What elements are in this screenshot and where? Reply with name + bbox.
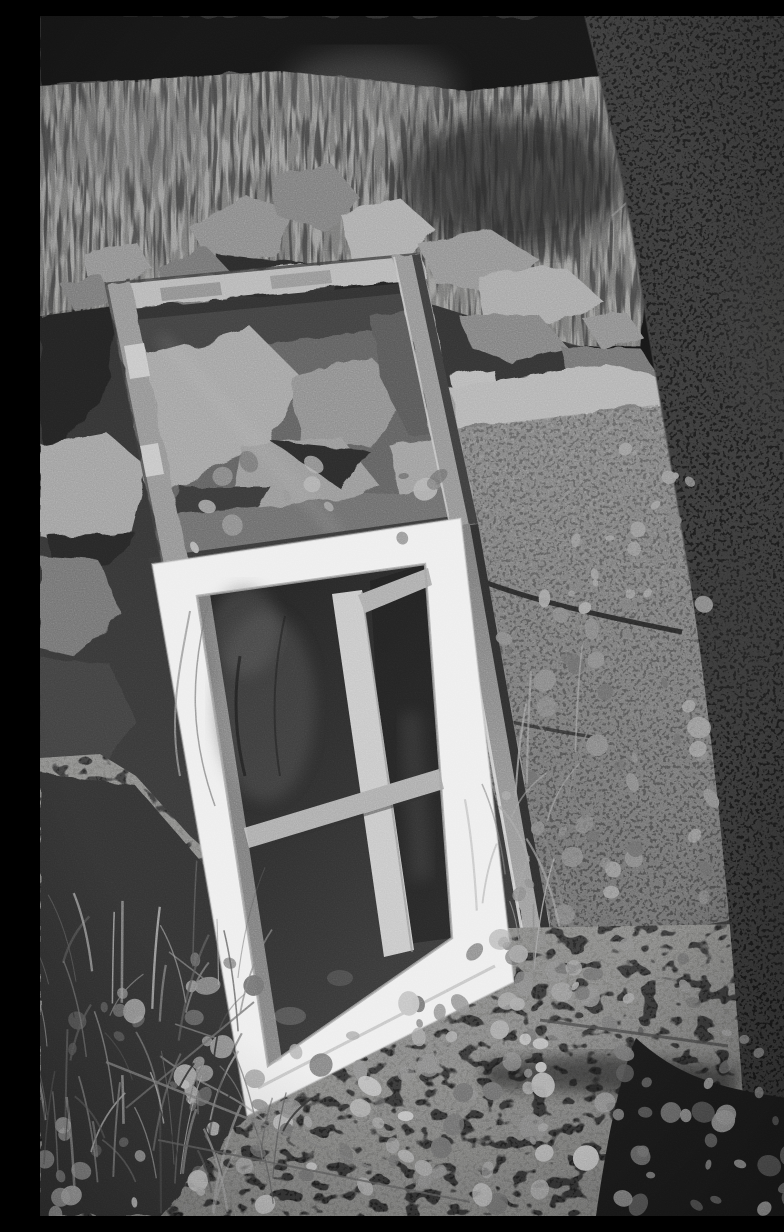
photo-canvas: [40, 16, 784, 1216]
film-grain: [40, 16, 784, 1216]
photograph: Grainy black-and-white photograph of two…: [40, 16, 784, 1216]
